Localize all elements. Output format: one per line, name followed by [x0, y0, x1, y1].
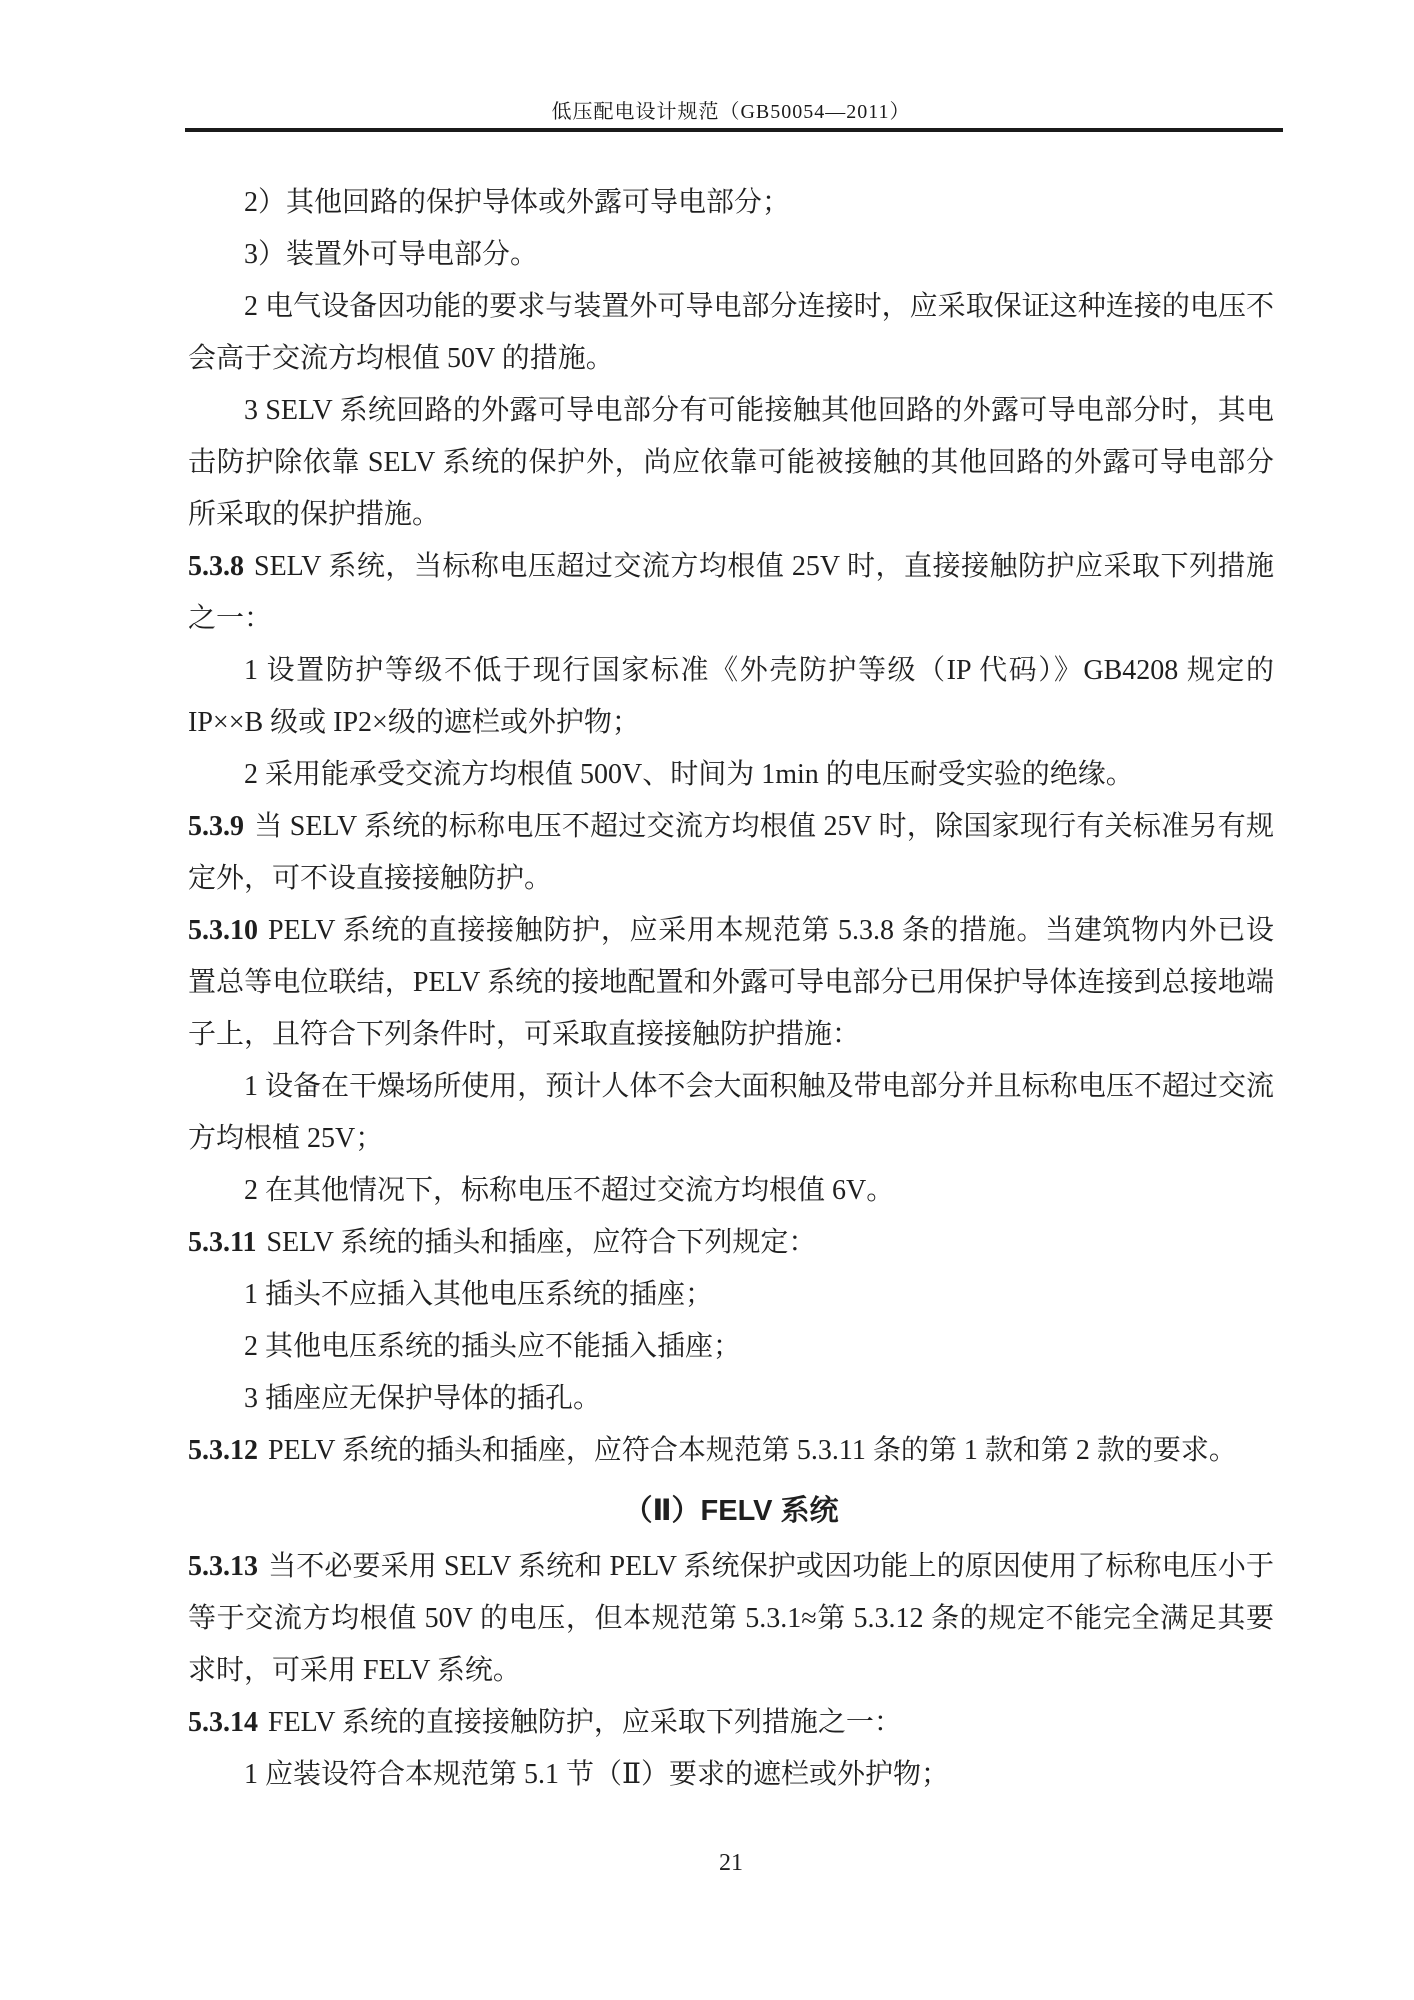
- paragraph: 3）装置外可导电部分。: [188, 229, 1274, 281]
- clause-number: 5.3.10: [188, 915, 258, 946]
- paragraph: 5.3.14FELV 系统的直接接触防护，应采取下列措施之一：: [188, 1697, 1274, 1749]
- paragraph: 5.3.9当 SELV 系统的标称电压不超过交流方均根值 25V 时，除国家现行…: [188, 801, 1274, 905]
- clause-number: 5.3.8: [188, 551, 244, 582]
- paragraph: 3 插座应无保护导体的插孔。: [188, 1373, 1274, 1425]
- paragraph: 2 采用能承受交流方均根值 500V、时间为 1min 的电压耐受实验的绝缘。: [188, 749, 1274, 801]
- paragraph: 1 插头不应插入其他电压系统的插座；: [188, 1269, 1274, 1321]
- clause-number: 5.3.12: [188, 1435, 258, 1466]
- paragraph: 5.3.12PELV 系统的插头和插座，应符合本规范第 5.3.11 条的第 1…: [188, 1425, 1274, 1477]
- paragraph: 1 设置防护等级不低于现行国家标准《外壳防护等级（IP 代码）》GB4208 规…: [188, 645, 1274, 749]
- clause-number: 5.3.14: [188, 1707, 258, 1738]
- paragraph: 5.3.10PELV 系统的直接接触防护，应采用本规范第 5.3.8 条的措施。…: [188, 905, 1274, 1061]
- clause-number: 5.3.9: [188, 811, 244, 842]
- clause-number: 5.3.11: [188, 1227, 256, 1258]
- paragraph: 5.3.13当不必要采用 SELV 系统和 PELV 系统保护或因功能上的原因使…: [188, 1541, 1274, 1697]
- paragraph: 2 电气设备因功能的要求与装置外可导电部分连接时，应采取保证这种连接的电压不会高…: [188, 281, 1274, 385]
- clause-number: 5.3.13: [188, 1551, 258, 1582]
- paragraph: 1 设备在干燥场所使用，预计人体不会大面积触及带电部分并且标称电压不超过交流方均…: [188, 1061, 1274, 1165]
- paragraph: 2 在其他情况下，标称电压不超过交流方均根值 6V。: [188, 1165, 1274, 1217]
- page-number: 21: [188, 1850, 1274, 1877]
- paragraph: 2）其他回路的保护导体或外露可导电部分；: [188, 177, 1274, 229]
- document-body: 2）其他回路的保护导体或外露可导电部分；3）装置外可导电部分。2 电气设备因功能…: [188, 177, 1274, 1801]
- paragraph: 5.3.8SELV 系统，当标称电压超过交流方均根值 25V 时，直接接触防护应…: [188, 541, 1274, 645]
- paragraph: 5.3.11SELV 系统的插头和插座，应符合下列规定：: [188, 1217, 1274, 1269]
- paragraph: 2 其他电压系统的插头应不能插入插座；: [188, 1321, 1274, 1373]
- paragraph: 1 应装设符合本规范第 5.1 节（Ⅱ）要求的遮栏或外护物；: [188, 1749, 1274, 1801]
- document-page: 低压配电设计规范（GB50054—2011） 2）其他回路的保护导体或外露可导电…: [0, 0, 1414, 2000]
- section-heading: （Ⅱ）FELV 系统: [188, 1485, 1274, 1537]
- document-header-title: 低压配电设计规范（GB50054—2011）: [188, 95, 1274, 124]
- paragraph: 3 SELV 系统回路的外露可导电部分有可能接触其他回路的外露可导电部分时，其电…: [188, 385, 1274, 541]
- header-rule-divider: [185, 128, 1283, 132]
